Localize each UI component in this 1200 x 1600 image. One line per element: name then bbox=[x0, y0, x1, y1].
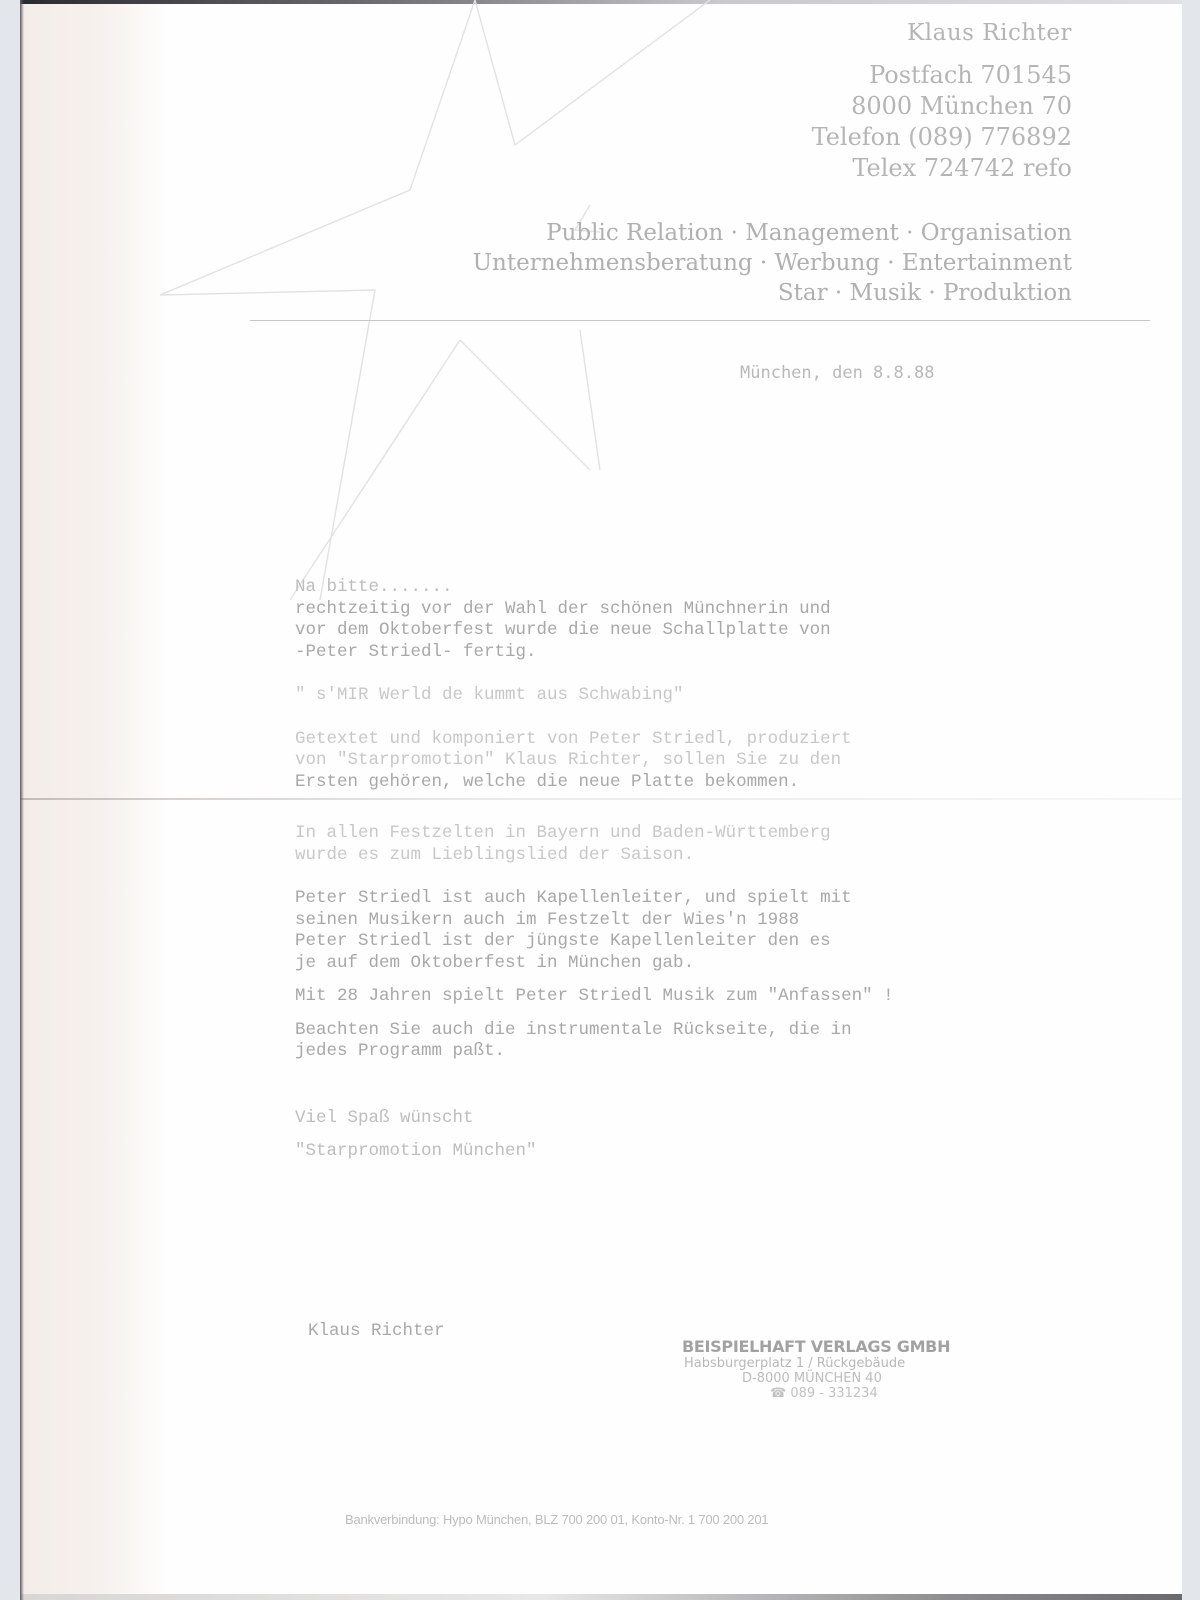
stamp-street: Habsburgerplatz 1 / Rückgebäude bbox=[684, 1356, 950, 1371]
services-line: Public Relation · Management · Organisat… bbox=[473, 218, 1072, 248]
services-line: Star · Musik · Produktion bbox=[473, 278, 1072, 308]
sender-city: 8000 München 70 bbox=[812, 91, 1072, 122]
date-line: München, den 8.8.88 bbox=[740, 363, 934, 383]
kapelle-line: Peter Striedl ist auch Kapellenleiter, u… bbox=[295, 888, 1095, 910]
festzelt-line: In allen Festzelten in Bayern und Baden-… bbox=[295, 823, 1095, 845]
kapelle-line: Peter Striedl ist der jüngste Kapellenle… bbox=[295, 931, 1095, 953]
intro-line: vor dem Oktoberfest wurde die neue Schal… bbox=[295, 620, 1095, 642]
paper-bottom-edge bbox=[20, 1594, 1182, 1600]
bank-details-footer: Bankverbindung: Hypo München, BLZ 700 20… bbox=[345, 1512, 768, 1527]
credits-line: von "Starpromotion" Klaus Richter, solle… bbox=[295, 750, 1095, 772]
intro-line: -Peter Striedl- fertig. bbox=[295, 642, 1095, 664]
kapelle-line: je auf dem Oktoberfest in München gab. bbox=[295, 953, 1095, 975]
stamp-phone: ☎ 089 - 331234 bbox=[770, 1386, 950, 1401]
opening-line: Na bitte....... bbox=[295, 577, 1095, 599]
age-line: Mit 28 Jahren spielt Peter Striedl Musik… bbox=[295, 986, 1095, 1008]
sender-telex: Telex 724742 refo bbox=[812, 153, 1072, 184]
letterhead-divider bbox=[250, 320, 1150, 321]
sender-phone: Telefon (089) 776892 bbox=[812, 122, 1072, 153]
sender-name: Klaus Richter bbox=[812, 20, 1072, 46]
kapelle-line: seinen Musikern auch im Festzelt der Wie… bbox=[295, 910, 1095, 932]
services-line: Unternehmensberatung · Werbung · Enterta… bbox=[473, 248, 1072, 278]
stamp-company: BEISPIELHAFT VERLAGS GMBH bbox=[682, 1337, 950, 1356]
company-line: "Starpromotion München" bbox=[295, 1141, 1095, 1163]
stamp-city: D-8000 MÜNCHEN 40 bbox=[742, 1371, 950, 1386]
letterhead: Klaus Richter Postfach 701545 8000 Münch… bbox=[812, 20, 1072, 184]
closing-line: Viel Spaß wünscht bbox=[295, 1108, 1095, 1130]
letter-body: Na bitte....... rechtzeitig vor der Wahl… bbox=[295, 577, 1095, 1163]
festzelt-line: wurde es zum Lieblingslied der Saison. bbox=[295, 845, 1095, 867]
sender-postbox: Postfach 701545 bbox=[812, 60, 1072, 91]
b-side-line: Beachten Sie auch die instrumentale Rück… bbox=[295, 1020, 1095, 1042]
intro-line: rechtzeitig vor der Wahl der schönen Mün… bbox=[295, 599, 1095, 621]
song-title: " s'MIR Werld de kummt aus Schwabing" bbox=[295, 685, 1095, 707]
letter-page: Klaus Richter Postfach 701545 8000 Münch… bbox=[20, 0, 1182, 1600]
credits-line: Ersten gehören, welche die neue Platte b… bbox=[295, 772, 1095, 794]
services-list: Public Relation · Management · Organisat… bbox=[473, 218, 1072, 308]
b-side-line: jedes Programm paßt. bbox=[295, 1041, 1095, 1063]
company-stamp: BEISPIELHAFT VERLAGS GMBH Habsburgerplat… bbox=[682, 1337, 950, 1401]
signature-name: Klaus Richter bbox=[308, 1321, 445, 1341]
credits-line: Getextet und komponiert von Peter Stried… bbox=[295, 729, 1095, 751]
